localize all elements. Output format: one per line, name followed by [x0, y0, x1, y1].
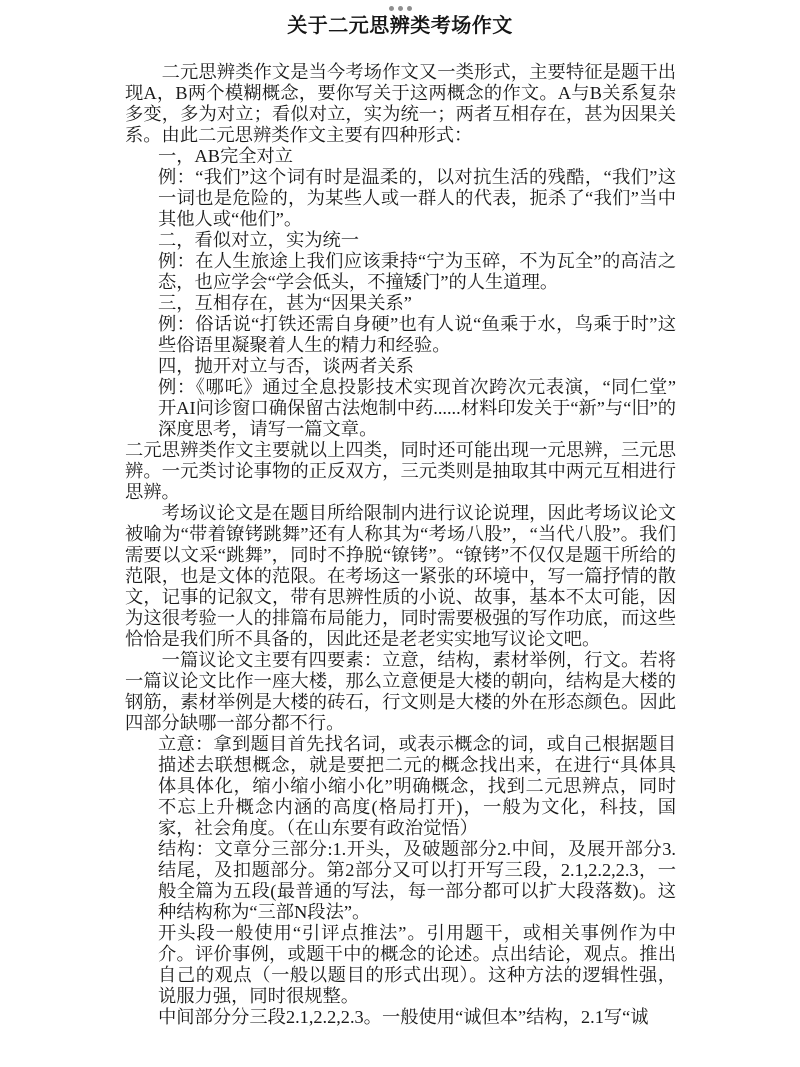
paragraph: 例：“我们”这个词有时是温柔的，以对抗生活的残酷，“我们”这一词也是危险的，为某… — [158, 167, 676, 230]
paragraph: 二元思辨类作文是当今考场作文又一类形式，主要特征是题干出现A，B两个模糊概念，要… — [125, 62, 676, 146]
paragraph: 考场议论文是在题目所给限制内进行议论说理，因此考场议论文被喻为“带着镣铐跳舞”还… — [125, 503, 676, 650]
paragraph: 四，抛开对立与否，谈两者关系 — [158, 356, 676, 377]
dot-icon — [398, 6, 403, 11]
paragraph: 例：俗话说“打铁还需自身硬”也有人说“鱼乘于水，鸟乘于时”这些俗语里凝聚着人生的… — [158, 314, 676, 356]
more-dots-icon[interactable] — [0, 4, 800, 12]
paragraph: 例：《哪吒》通过全息投影技术实现首次跨次元表演，“同仁堂”开AI问诊窗口确保留古… — [158, 377, 676, 440]
paragraph: 二，看似对立，实为统一 — [158, 230, 676, 251]
dot-icon — [407, 6, 412, 11]
page-title: 关于二元思辨类考场作文 — [0, 14, 800, 38]
paragraph: 一篇议论文主要有四要素：立意，结构，素材举例，行文。若将一篇议论文比作一座大楼，… — [125, 650, 676, 734]
paragraph: 中间部分分三段2.1,2.2,2.3。一般使用“诚但本”结构，2.1写“诚 — [158, 1007, 676, 1028]
paragraph: 结构：文章分三部分:1.开头，及破题部分2.中间，及展开部分3.结尾，及扣题部分… — [158, 839, 676, 923]
dot-icon — [389, 6, 394, 11]
paragraph: 立意：拿到题目首先找名词，或表示概念的词，或自己根据题目描述去联想概念，就是要把… — [158, 734, 676, 839]
paragraph: 二元思辨类作文主要就以上四类，同时还可能出现一元思辨，三元思辨。一元类讨论事物的… — [125, 440, 676, 503]
document-body: 二元思辨类作文是当今考场作文又一类形式，主要特征是题干出现A，B两个模糊概念，要… — [0, 62, 800, 1028]
document-page: { "header": { "more_icon": "•••" }, "doc… — [0, 0, 800, 1067]
paragraph: 开头段一般使用“引评点推法”。引用题干，或相关事例作为中介。评价事例，或题干中的… — [158, 923, 676, 1007]
paragraph: 三，互相存在，甚为“因果关系” — [158, 293, 676, 314]
paragraph: 一，AB完全对立 — [158, 146, 676, 167]
paragraph: 例：在人生旅途上我们应该秉持“宁为玉碎，不为瓦全”的高洁之态，也应学会“学会低头… — [158, 251, 676, 293]
